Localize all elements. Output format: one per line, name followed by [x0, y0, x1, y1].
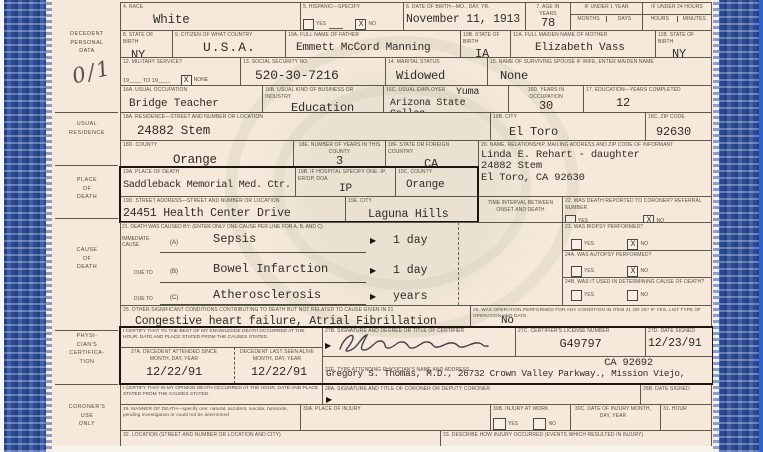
- field-residence-zip: 18C. ZIP CODE 92630: [645, 112, 712, 140]
- field-education: 17. EDUCATION—YEARS COMPLETED 12: [583, 85, 712, 112]
- cause-a-tag: (A): [170, 240, 178, 246]
- death-county-label: 19C. COUNTY: [398, 169, 476, 176]
- sidebar-cause-of-death: CAUSE OF DEATH: [54, 246, 120, 272]
- field-employer: 16C. USUAL EMPLOYER Yuma Arizona State C…: [383, 85, 508, 112]
- last-seen-alive-label: DECEDENT LAST SEEN ALIVE MONTH, DAY, YEA…: [237, 349, 317, 362]
- months-label: MONTHS: [571, 16, 606, 23]
- citizenship-label: 9. CITIZEN OF WHAT COUNTRY: [175, 32, 283, 39]
- hispanic-no-label: NO: [368, 21, 376, 27]
- sidebar-place-of-death: PLACE OF DEATH: [54, 176, 120, 202]
- field-father-name: 10A. FULL NAME OF FATHER Emmett McCord M…: [285, 30, 460, 57]
- field-residence-street: 18A. RESIDENCE—STREET AND NUMBER OR LOCA…: [120, 112, 490, 140]
- ssn-value: 520-30-7216: [255, 69, 383, 83]
- cause-a-value: Sepsis: [213, 232, 256, 246]
- autopsy-yes-label: YES: [584, 268, 594, 274]
- age-value: 78: [528, 17, 568, 30]
- autopsy-options: YES XNO: [571, 263, 709, 278]
- biopsy-yes-label: YES: [584, 241, 594, 247]
- marital-status-label: 14. MARITAL STATUS: [388, 59, 485, 66]
- place-of-death-label: 19A. PLACE OF DEATH: [123, 169, 293, 176]
- occupation-label: 16A. USUAL OCCUPATION: [123, 87, 260, 94]
- father-name-value: Emmett McCord Manning: [296, 42, 458, 54]
- field-date-of-injury: 30C. DATE OF INJURY MONTH, DAY, YEAR: [570, 404, 660, 430]
- cause-c-arrow-icon: ▶: [370, 293, 376, 301]
- military-service-options: 19____ TO 19____ XNONE: [123, 72, 238, 86]
- coroner-date-signed-label: 28B. DATE SIGNED: [643, 386, 709, 393]
- biopsy-no-checkbox: X: [627, 239, 638, 250]
- biopsy-yes-checkbox: [571, 239, 582, 250]
- mother-birth-state-value: NY: [672, 48, 709, 57]
- manner-of-death-label: 29. MANNER OF DEATH—specify one: natural…: [123, 406, 298, 418]
- biopsy-options: YES XNO: [571, 236, 709, 251]
- field-birth-state: 8. STATE OF BIRTH NY: [120, 30, 172, 57]
- employer-value: Arizona State Colleg: [390, 98, 506, 113]
- days-label: DAYS: [606, 16, 642, 23]
- birth-date-value: November 11, 1913: [406, 14, 523, 27]
- surviving-spouse-label: 15. NAME OF SURVIVING SPOUSE IF WIFE, EN…: [490, 59, 709, 66]
- death-street-value: 24451 Health Center Drive: [123, 208, 343, 221]
- field-certifier-license: 27C. CERTIFIER'S LICENSE NUMBER G49797: [515, 327, 645, 356]
- informant-line2: 24882 Stem: [481, 161, 709, 173]
- field-under-one-year: IF UNDER 1 YEAR MONTHS DAYS: [570, 2, 642, 30]
- sidebar-physician-certification: PHYSI- CIAN'S CERTIFICA- TION: [54, 332, 120, 367]
- cause-a-line: [160, 251, 366, 253]
- hospital-status-value: IP: [298, 183, 393, 195]
- date-of-injury-label: 30C. DATE OF INJURY MONTH, DAY, YEAR: [573, 406, 653, 419]
- surviving-spouse-value: None: [500, 70, 709, 83]
- certifier-signature-scribble: [334, 330, 499, 356]
- injury-location-label: 32. LOCATION (STREET AND NUMBER OR LOCAT…: [123, 432, 438, 439]
- birth-state-value: NY: [131, 49, 170, 57]
- mother-name-value: Elizabeth Vass: [535, 42, 653, 54]
- residence-city-label: 18B. CITY: [493, 114, 643, 121]
- field-death-county: 19C. COUNTY Orange: [395, 167, 478, 196]
- under-one-year-label: IF UNDER 1 YEAR: [571, 4, 642, 11]
- death-city-value: Laguna Hills: [368, 209, 476, 222]
- autopsy-no-checkbox: X: [627, 266, 638, 277]
- hispanic-yes-label: YES: [316, 21, 326, 27]
- field-marital-status: 14. MARITAL STATUS Widowed: [385, 57, 487, 85]
- field-age: 7. AGE IN YEARS 78: [525, 2, 570, 30]
- mother-birth-state-label: 11B. STATE OF BIRTH: [658, 32, 709, 45]
- years-in-occupation-value: 30: [511, 100, 581, 112]
- cause-b-label: DUE TO: [134, 270, 153, 276]
- death-certificate-scan: DECEDENT PERSONAL DATA 0/1 USUAL RESIDEN…: [0, 0, 763, 452]
- employer-note: Yuma: [456, 87, 479, 98]
- physician-statement: I CERTIFY THAT TO THE BEST OF MY KNOWLED…: [121, 328, 321, 347]
- military-none-label: NONE: [194, 77, 208, 83]
- field-citizenship: 9. CITIZEN OF WHAT COUNTRY U.S.A.: [172, 30, 285, 57]
- coroner-signature-arrow-icon: ▶: [326, 396, 332, 404]
- birth-date-label: 6. DATE OF BIRTH—MO., DAY, YR.: [406, 4, 523, 11]
- sidebar-divider: [55, 330, 118, 331]
- cause-c-interval: years: [393, 290, 428, 303]
- injury-work-no-label: NO: [548, 421, 556, 427]
- field-residence-state: 18F. STATE OR FOREIGN COUNTRY CA: [385, 140, 478, 167]
- hispanic-options: YES XNO: [303, 16, 401, 31]
- field-death-city: 19E. CITY Laguna Hills: [345, 196, 478, 222]
- field-birth-date: 6. DATE OF BIRTH—MO., DAY, YR. November …: [403, 2, 525, 30]
- minutes-label: MINUTES: [677, 16, 712, 23]
- cause-section-top-line: [120, 222, 562, 223]
- interval-column-header: TIME INTERVAL BETWEEN ONSET AND DEATH: [478, 196, 562, 222]
- cause-b-line: [160, 281, 366, 283]
- education-label: 17. EDUCATION—YEARS COMPLETED: [586, 87, 709, 94]
- attending-physician-line2: Gregory S. Thomas, M.D., 26732 Crown Val…: [326, 369, 685, 379]
- injury-at-work-options: YES NO: [493, 416, 568, 431]
- certifier-date-signed-label: 27D. DATE SIGNED: [648, 328, 710, 335]
- describe-injury-label: 33. DESCRIBE HOW INJURY OCCURRED (EVENTS…: [443, 432, 709, 439]
- sidebar-usual-residence: USUAL RESIDENCE: [54, 120, 120, 137]
- field-death-street: 19D. STREET ADDRESS—STREET AND NUMBER OR…: [120, 196, 345, 222]
- field-certifier-date-signed: 27D. DATE SIGNED 12/23/91: [645, 327, 712, 356]
- other-conditions-label: 25. OTHER SIGNIFICANT CONDITIONS CONTRIB…: [123, 307, 468, 314]
- informant-line3: El Toro, CA 92630: [481, 173, 709, 185]
- residence-street-label: 18A. RESIDENCE—STREET AND NUMBER OR LOCA…: [123, 114, 488, 121]
- field-coroner-signature: 28A. SIGNATURE AND TITLE OF CORONER OR D…: [322, 385, 640, 404]
- certifier-license-value: G49797: [518, 338, 643, 351]
- scan-bottom-edge: [48, 446, 713, 452]
- death-city-label: 19E. CITY: [348, 198, 476, 205]
- field-autopsy: 24A. WAS AUTOPSY PERFORMED? YES XNO: [562, 250, 712, 277]
- blank-line: [329, 20, 343, 29]
- reported-to-coroner-label: 22. WAS DEATH REPORTED TO CORONER? REFER…: [565, 198, 707, 211]
- field-attending-physician: 27E. TYPE ATTENDING PHYSICIAN'S NAME AND…: [322, 356, 713, 384]
- father-birth-state-value: IA: [475, 48, 508, 57]
- citizenship-value: U.S.A.: [203, 41, 283, 55]
- coroner-statement: I CERTIFY THAT IN MY OPINION DEATH OCCUR…: [120, 385, 322, 404]
- field-military-service: 12. MILITARY SERVICE? 19____ TO 19____ X…: [120, 57, 240, 85]
- certifier-date-signed-value: 12/23/91: [648, 338, 710, 351]
- injury-at-work-label: 30B. INJURY AT WORK: [493, 406, 568, 413]
- field-coroner-date-signed: 28B. DATE SIGNED: [640, 385, 712, 404]
- physician-statement-text: I CERTIFY THAT TO THE BEST OF MY KNOWLED…: [123, 329, 319, 341]
- cause-b-arrow-icon: ▶: [370, 267, 376, 275]
- residence-county-label: 18D. COUNTY: [123, 142, 291, 149]
- field-manner-of-death: 29. MANNER OF DEATH—specify one: natural…: [120, 404, 300, 430]
- military-service-label: 12. MILITARY SERVICE?: [123, 59, 238, 66]
- cause-a-interval: 1 day: [393, 234, 428, 247]
- field-hospital-status: 19B. IF HOSPITAL SPECIFY ONE: IP, ER/OP,…: [295, 167, 395, 196]
- military-years-blanks: 19____ TO 19____: [123, 77, 170, 83]
- autopsy-used-yes-checkbox: [571, 290, 582, 301]
- operation-value: No: [501, 315, 514, 327]
- field-reported-to-coroner: 22. WAS DEATH REPORTED TO CORONER? REFER…: [562, 196, 712, 222]
- field-father-birth-state: 10B. STATE OF BIRTH IA: [460, 30, 510, 57]
- biopsy-no-label: NO: [640, 241, 648, 247]
- last-seen-alive-value: 12/22/91: [251, 366, 320, 379]
- field-biopsy: 23. WAS BIOPSY PERFORMED? YES XNO: [562, 222, 712, 250]
- mother-name-label: 11A. FULL MAIDEN NAME OF MOTHER: [513, 32, 653, 39]
- field-injury-at-work: 30B. INJURY AT WORK YES NO: [490, 404, 570, 430]
- marital-status-value: Widowed: [396, 70, 485, 83]
- field-residence-city: 18B. CITY El Toro: [490, 112, 645, 140]
- field-place-of-injury: 30A. PLACE OF INJURY: [300, 404, 490, 430]
- autopsy-no-label: NO: [640, 268, 648, 274]
- field-surviving-spouse: 15. NAME OF SURVIVING SPOUSE IF WIFE, EN…: [487, 57, 712, 85]
- field-autopsy-used: 24B. WAS IT USED IN DETERMINING CAUSE OF…: [562, 277, 712, 305]
- field-last-seen-alive: DECEDENT LAST SEEN ALIVE MONTH, DAY, YEA…: [234, 347, 322, 384]
- coroner-statement-text: I CERTIFY THAT IN MY OPINION DEATH OCCUR…: [123, 386, 320, 398]
- certifier-license-label: 27C. CERTIFIER'S LICENSE NUMBER: [518, 328, 643, 335]
- residence-county-value: Orange: [173, 154, 291, 168]
- ssn-label: 13. SOCIAL SECURITY NO.: [243, 59, 383, 66]
- hospital-status-label: 19B. IF HOSPITAL SPECIFY ONE: IP, ER/OP,…: [298, 169, 390, 182]
- interval-column-dashed-line: [458, 222, 459, 305]
- residence-zip-value: 92630: [656, 126, 709, 139]
- injury-work-no-checkbox: [533, 418, 546, 430]
- hour-of-injury-label: 31. HOUR: [663, 406, 709, 413]
- hispanic-label: 5. HISPANIC—SPECIFY: [303, 4, 401, 11]
- cause-c-value: Atherosclerosis: [213, 288, 321, 302]
- education-value: 12: [616, 97, 709, 110]
- cause-c-tag: (C): [170, 295, 178, 301]
- field-years-in-occupation: 16D. YEARS IN OCCUPATION 30: [508, 85, 583, 112]
- death-caused-by-label: 21. DEATH WAS CAUSED BY: (ENTER ONLY ONE…: [122, 224, 552, 230]
- field-race: 4. RACE White: [120, 2, 300, 30]
- coroner-signature-label: 28A. SIGNATURE AND TITLE OF CORONER OR D…: [325, 386, 638, 393]
- death-street-label: 19D. STREET ADDRESS—STREET AND NUMBER OR…: [123, 198, 343, 205]
- field-mother-birth-state: 11B. STATE OF BIRTH NY: [655, 30, 712, 57]
- field-mother-name: 11A. FULL MAIDEN NAME OF MOTHER Elizabet…: [510, 30, 655, 57]
- field-operation: 26. WAS OPERATION PERFORMED FOR ANY COND…: [470, 305, 712, 327]
- cause-a-arrow-icon: ▶: [370, 237, 376, 245]
- field-informant: 20. NAME, RELATIONSHIP, MAILING ADDRESS …: [478, 140, 712, 196]
- field-residence-county: 18D. COUNTY Orange: [120, 140, 293, 167]
- cause-section-left-line: [120, 222, 121, 305]
- years-in-county-value: 3: [296, 155, 383, 167]
- attended-since-value: 12/22/91: [146, 366, 232, 379]
- handwritten-margin-note: 0/1: [70, 56, 114, 89]
- reported-to-coroner-options: YES XNO: [565, 212, 709, 222]
- autopsy-used-yes-label: YES: [584, 292, 594, 298]
- residence-city-value: El Toro: [509, 126, 643, 139]
- field-business: 16B. USUAL KIND OF BUSINESS OR INDUSTRY …: [262, 85, 383, 112]
- coroner-no-checkbox: X: [643, 215, 654, 222]
- autopsy-label: 24A. WAS AUTOPSY PERFORMED?: [565, 252, 709, 259]
- coroner-yes-checkbox: [565, 215, 576, 222]
- field-occupation: 16A. USUAL OCCUPATION Bridge Teacher: [120, 85, 262, 112]
- employer-label: 16C. USUAL EMPLOYER: [386, 87, 506, 94]
- residence-state-label: 18F. STATE OR FOREIGN COUNTRY: [388, 142, 476, 155]
- other-conditions-value: Congestive heart failure, Atrial Fibrill…: [135, 316, 468, 328]
- field-hispanic: 5. HISPANIC—SPECIFY YES XNO: [300, 2, 403, 30]
- father-birth-state-label: 10B. STATE OF BIRTH: [463, 32, 508, 45]
- occupation-value: Bridge Teacher: [129, 98, 260, 110]
- field-years-in-county: 18E. NUMBER OF YEARS IN THIS COUNTY 3: [293, 140, 385, 167]
- autopsy-used-no-label: NO: [640, 292, 648, 298]
- security-border-right: [713, 0, 763, 452]
- field-place-of-death: 19A. PLACE OF DEATH Saddleback Memorial …: [120, 167, 295, 196]
- hispanic-no-checkbox: X: [355, 19, 366, 30]
- hispanic-yes-checkbox: [303, 19, 314, 30]
- field-hour-of-injury: 31. HOUR: [660, 404, 712, 430]
- race-label: 4. RACE: [123, 4, 298, 11]
- sidebar-divider: [55, 384, 118, 385]
- interval-header-label: TIME INTERVAL BETWEEN ONSET AND DEATH: [481, 200, 560, 213]
- father-name-label: 10A. FULL NAME OF FATHER: [288, 32, 458, 39]
- autopsy-used-label: 24B. WAS IT USED IN DETERMINING CAUSE OF…: [565, 279, 705, 286]
- under-24-hours-label: IF UNDER 24 HOURS: [643, 4, 711, 11]
- cause-a-label: IMMEDIATE CAUSE: [122, 236, 164, 249]
- residence-street-value: 24882 Stem: [137, 125, 488, 139]
- cause-b-interval: 1 day: [393, 264, 428, 277]
- security-border-left: [0, 0, 52, 452]
- autopsy-used-no-checkbox: [627, 290, 638, 301]
- place-of-injury-label: 30A. PLACE OF INJURY: [303, 406, 488, 413]
- biopsy-label: 23. WAS BIOPSY PERFORMED?: [565, 224, 709, 231]
- cause-b-value: Bowel Infarction: [213, 262, 328, 276]
- sidebar-coroner-use-only: CORONER'S USE ONLY: [54, 403, 120, 429]
- autopsy-yes-checkbox: [571, 266, 582, 277]
- residence-zip-label: 18C. ZIP CODE: [648, 114, 709, 121]
- sidebar-decedent-personal-data: DECEDENT PERSONAL DATA: [54, 30, 120, 56]
- injury-work-yes-checkbox: [493, 418, 506, 430]
- birth-state-label: 8. STATE OF BIRTH: [123, 32, 170, 45]
- field-attended-since: 27A. DECEDENT ATTENDED SINCE MONTH, DAY,…: [120, 347, 234, 384]
- business-value: Education: [291, 102, 381, 112]
- business-label: 16B. USUAL KIND OF BUSINESS OR INDUSTRY: [265, 87, 381, 100]
- cause-c-label: DUE TO: [134, 296, 153, 302]
- death-county-value: Orange: [406, 179, 476, 191]
- informant-label: 20. NAME, RELATIONSHIP, MAILING ADDRESS …: [481, 142, 681, 149]
- race-value: White: [153, 14, 298, 28]
- sidebar-divider: [55, 165, 118, 166]
- autopsy-used-options: YES NO: [571, 287, 709, 305]
- field-ssn: 13. SOCIAL SECURITY NO. 520-30-7216: [240, 57, 385, 85]
- place-of-death-value: Saddleback Memorial Med. Ctr.: [123, 180, 293, 191]
- residence-state-value: CA: [424, 158, 476, 167]
- injury-work-yes-label: YES: [508, 421, 518, 427]
- attended-since-label: 27A. DECEDENT ATTENDED SINCE MONTH, DAY,…: [122, 349, 226, 362]
- under-one-year-columns: MONTHS DAYS: [571, 14, 642, 23]
- sidebar-divider: [55, 112, 118, 113]
- under-24-hours-columns: HOURS MINUTES: [643, 14, 711, 23]
- sidebar-divider: [55, 218, 118, 219]
- field-under-24-hours: IF UNDER 24 HOURS HOURS MINUTES: [642, 2, 712, 30]
- cause-b-tag: (B): [170, 269, 178, 275]
- certifier-signature-arrow-icon: ▶: [325, 342, 331, 350]
- military-none-checkbox: X: [181, 75, 192, 85]
- field-other-conditions: 25. OTHER SIGNIFICANT CONDITIONS CONTRIB…: [120, 305, 470, 327]
- hours-label: HOURS: [643, 16, 677, 23]
